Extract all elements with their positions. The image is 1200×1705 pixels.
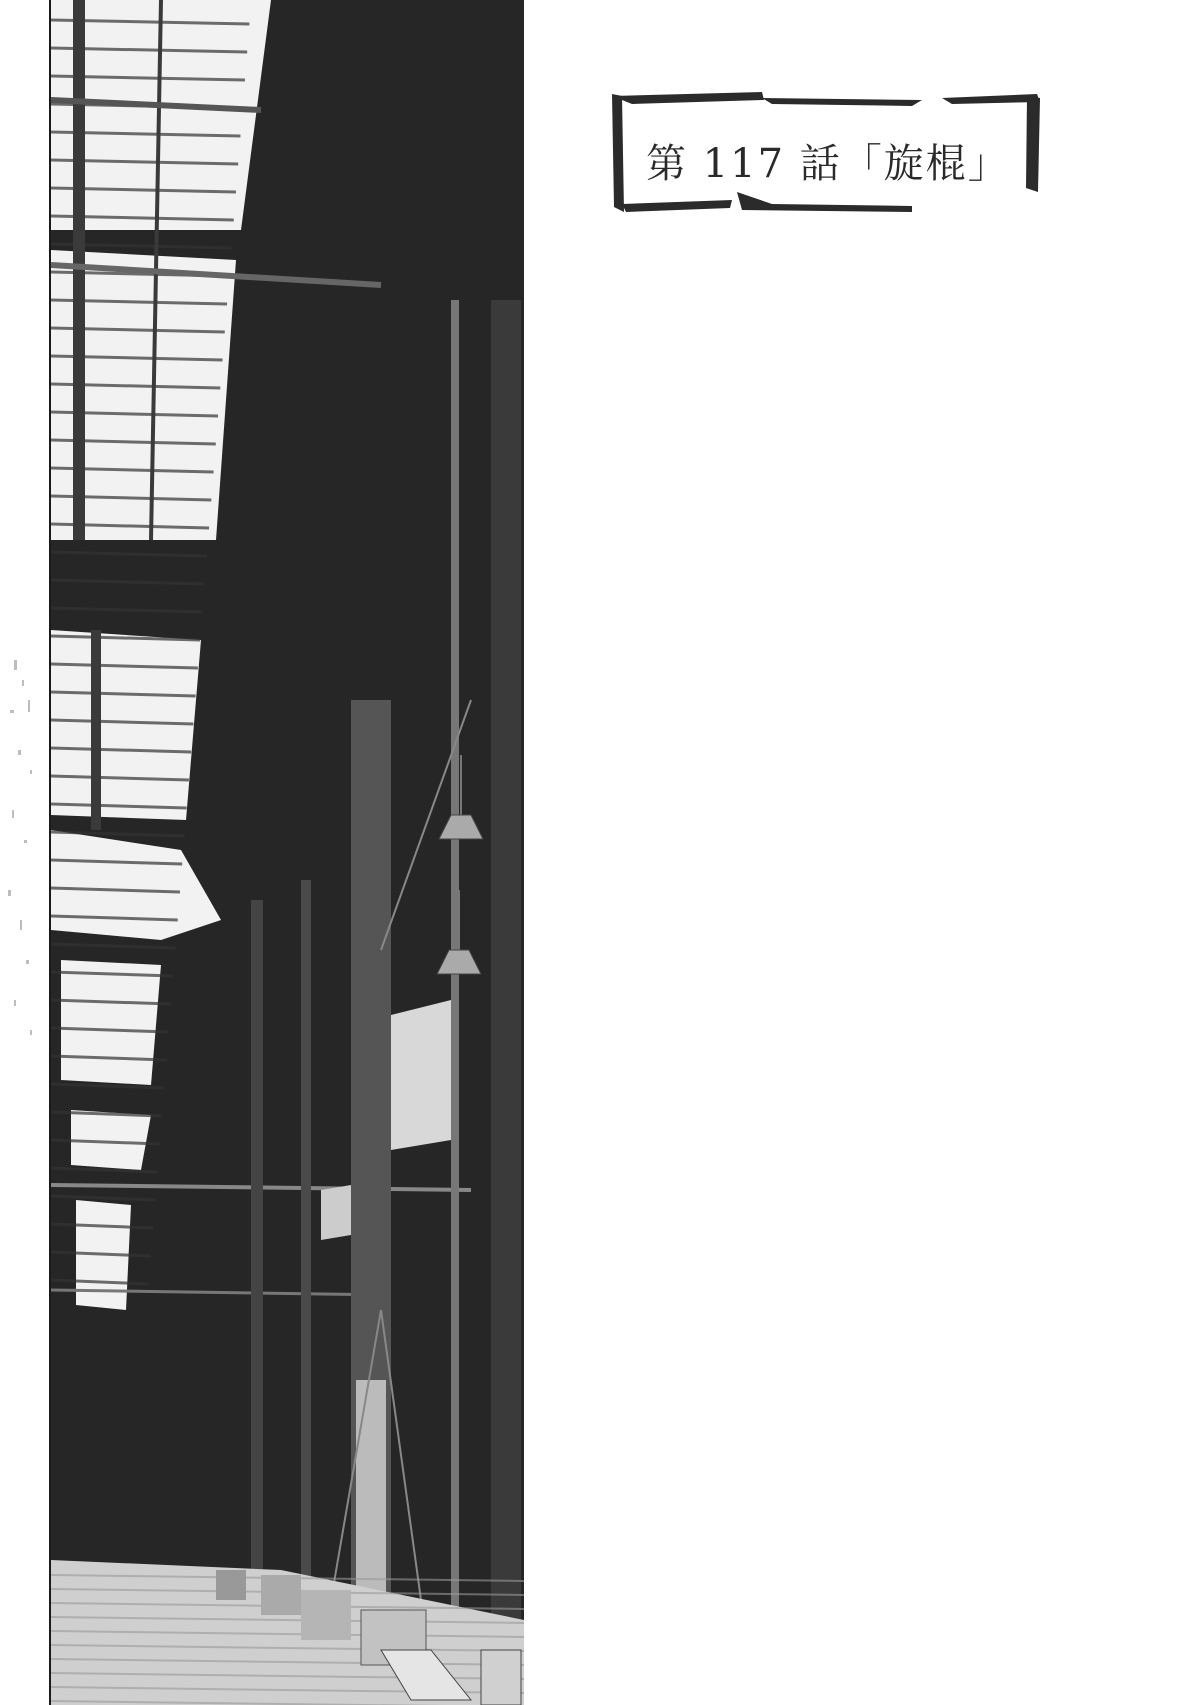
warehouse-illustration — [51, 0, 524, 1705]
open-bracket: 「 — [842, 141, 884, 187]
chapter-title-box: 第 117 話「旋棍」 — [612, 92, 1042, 217]
chapter-title: 第 117 話「旋棍」 — [646, 132, 1010, 189]
scan-noise — [0, 640, 48, 1060]
chapter-suffix: 話 — [800, 141, 842, 187]
chapter-number: 117 — [703, 141, 785, 187]
manga-panel-warehouse — [49, 0, 524, 1705]
close-bracket: 」 — [968, 141, 1010, 187]
chapter-name: 旋棍 — [884, 141, 968, 187]
chapter-prefix: 第 — [646, 141, 688, 187]
